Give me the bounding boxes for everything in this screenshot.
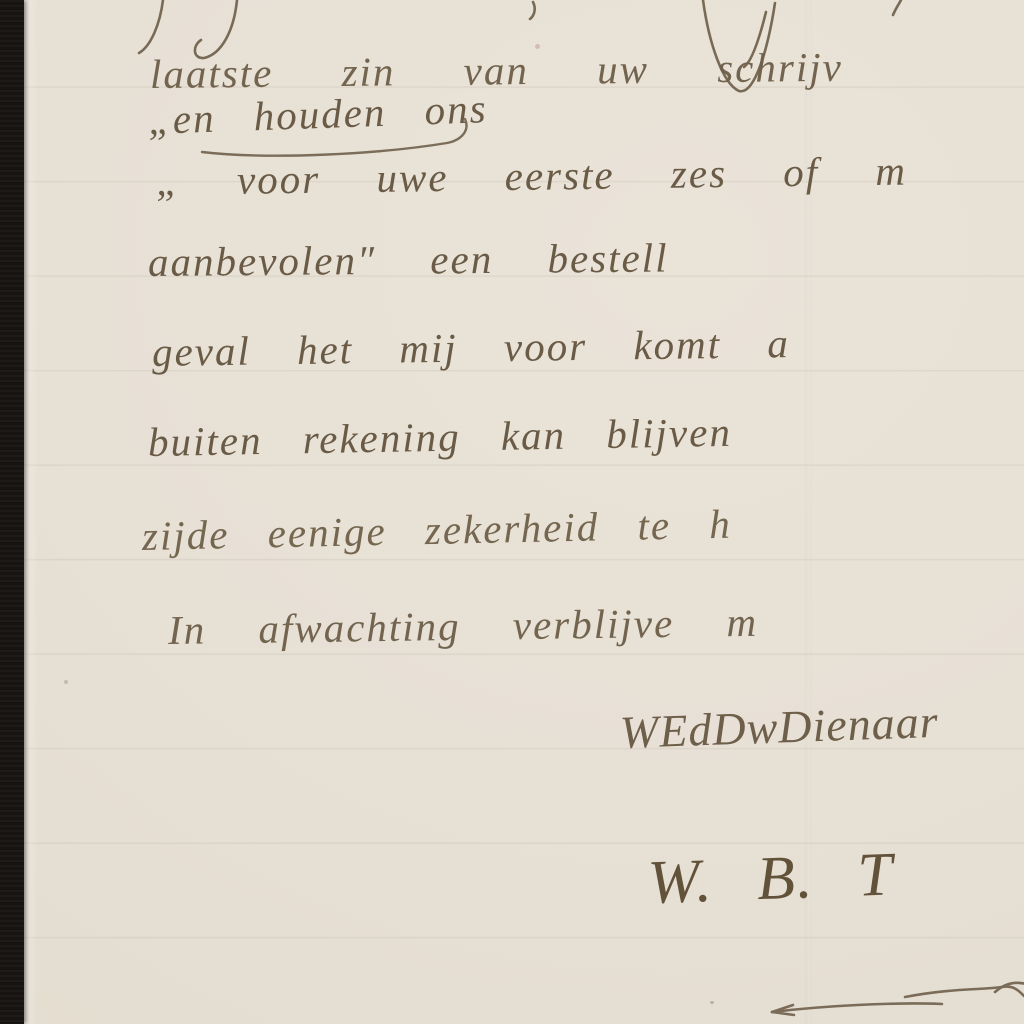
handwriting-line-1: laatste zin van uw schrijv bbox=[150, 43, 843, 98]
handwriting-line-5: geval het mij voor komt a bbox=[152, 319, 790, 376]
scanned-letter-page: laatste zin van uw schrijv „en houden on… bbox=[0, 0, 1024, 1024]
signature: W. B. T bbox=[647, 839, 896, 919]
paper-speck bbox=[710, 1001, 714, 1004]
book-binding-strip bbox=[0, 0, 24, 1024]
paper-speck bbox=[64, 680, 68, 684]
paper-edge-highlight bbox=[24, 0, 38, 1024]
handwriting-line-6: buiten rekening kan blijven bbox=[148, 408, 733, 466]
handwriting-line-4: aanbevolen″ een bestell bbox=[148, 233, 669, 286]
handwriting-line-8: In afwachting verblijve m bbox=[168, 598, 759, 654]
closing-scrawl: WEdDwDienaar bbox=[619, 695, 939, 759]
